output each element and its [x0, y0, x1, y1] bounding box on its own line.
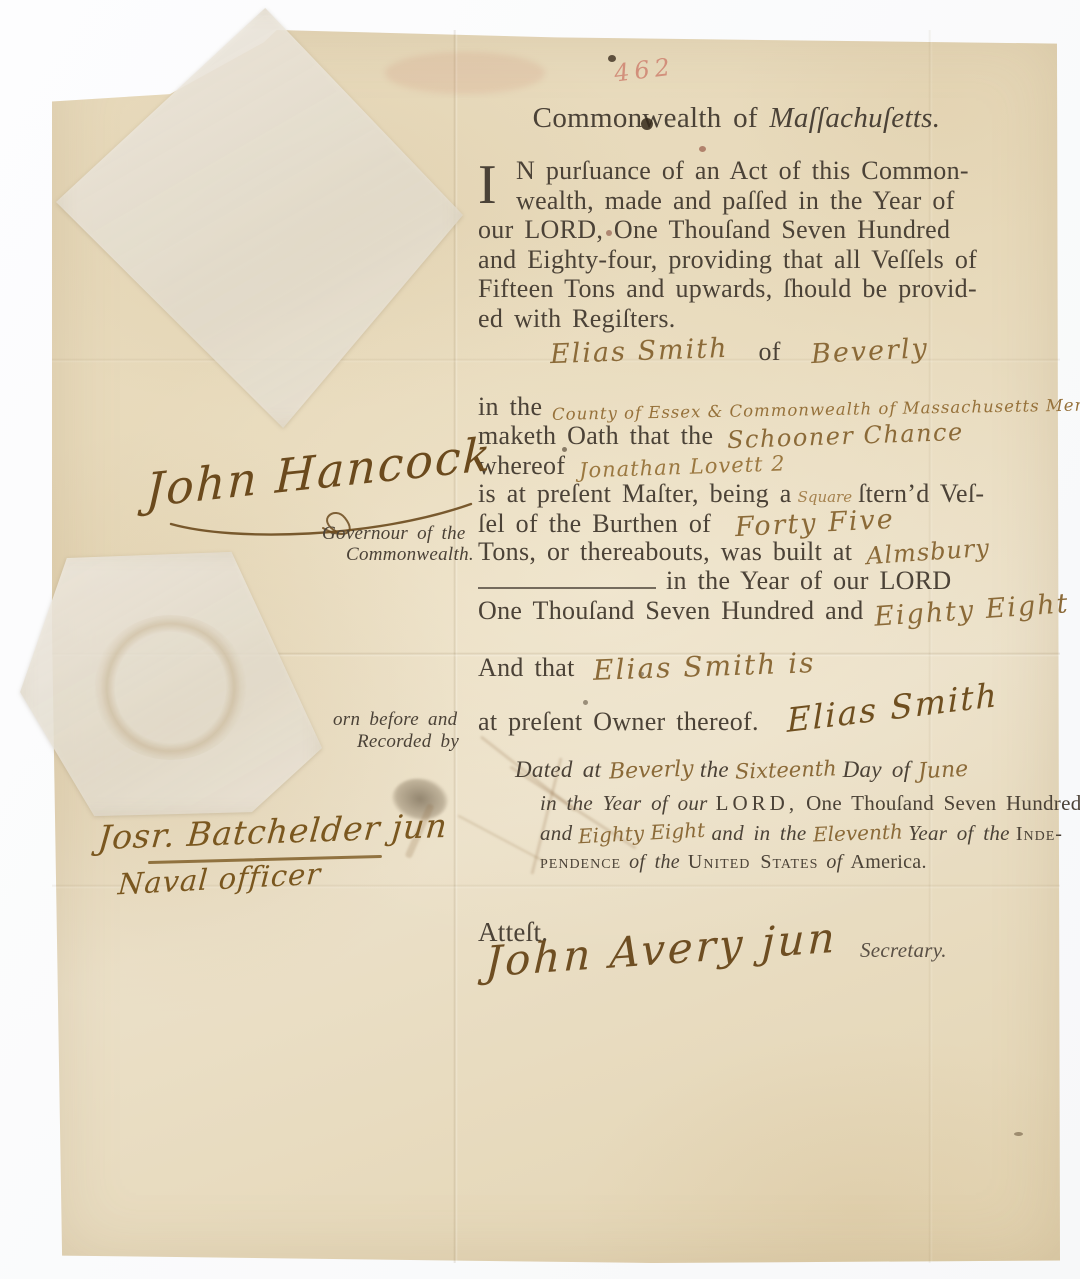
faint-red-bleed-stain — [385, 52, 545, 94]
preamble-paragraph: I N purſuance of an Act of this Common- … — [478, 156, 998, 333]
recorded-by-label: Recorded by — [357, 731, 459, 753]
of-label: of — [759, 337, 781, 367]
owner-name-handwritten: Elias Smith — [550, 333, 729, 370]
maketh-oath-label: maketh Oath that the — [478, 421, 713, 451]
owner-thereof-label: at preſent Owner thereof. — [478, 707, 759, 737]
year-of-the-label: Year of the — [908, 821, 1010, 846]
preamble-line-1: N purſuance of an Act of this Common- — [478, 156, 998, 186]
ink-speck-2 — [641, 118, 653, 130]
document-title: Commonwealth of Maſſachuſetts. — [478, 102, 995, 135]
dated-year-b: One Thouſand Seven Hundred — [806, 791, 1080, 816]
day-handwritten: Sixteenth — [734, 756, 837, 784]
master-text-a: is at preſent Maſter, being a — [478, 479, 792, 509]
lord-label: LORD, — [716, 791, 798, 816]
in-the-label: in the — [478, 392, 542, 422]
ink-speck-3 — [699, 146, 706, 152]
and-label: and — [540, 821, 572, 846]
the-label: the — [700, 757, 729, 783]
jurisdiction-handwritten: County of Essex & Commonwealth of Massac… — [552, 395, 1080, 424]
secretary-title: Secretary. — [860, 938, 947, 963]
month-handwritten: June — [918, 757, 969, 785]
built-label: Tons, or thereabouts, was built at — [478, 537, 852, 567]
america-label: America. — [851, 851, 927, 874]
and-in-the-label: and in the — [712, 821, 807, 846]
united-states-label: United States — [688, 851, 818, 874]
owner-restated-handwritten: Elias Smith is — [592, 646, 816, 687]
and-that-label: And that — [478, 653, 575, 683]
of-label-2: of — [826, 851, 842, 874]
dated-town-handwritten: Beverly — [609, 757, 694, 785]
governor-title-line-2: Commonwealth. — [346, 544, 474, 566]
day-of-label: Day of — [843, 757, 911, 783]
ink-speck-8 — [1014, 1132, 1023, 1136]
sworn-before-label: orn before and — [333, 709, 457, 731]
inde-label: Inde- — [1016, 823, 1063, 846]
year-words-label: One Thouſand Seven Hundred and — [478, 596, 864, 626]
preamble-line-2: wealth, made and paſſed in the Year of — [478, 186, 998, 216]
dated-year-a: in the Year of our — [540, 791, 708, 816]
blank-fill-rule — [478, 587, 656, 589]
governor-title-line-1: Governour of the — [322, 523, 466, 545]
preamble-line-5: Fifteen Tons and upwards, ſhould be prov… — [478, 274, 998, 304]
preamble-line-4: and Eighty-four, providing that all Veſſ… — [478, 245, 998, 275]
built-place-handwritten: Almsbury — [865, 534, 991, 571]
year-lead-label: in the Year of our LORD — [666, 566, 951, 596]
dated-year-handwritten: Eighty Eight — [578, 818, 706, 849]
stern-type-handwritten: Square — [798, 488, 853, 506]
of-the-label: of the — [629, 851, 680, 874]
preamble-line-3: our LORD, One Thouſand Seven Hundred — [478, 215, 998, 245]
ink-speck-6 — [583, 700, 588, 705]
pendence-label: pendence — [540, 851, 621, 874]
scanned-document-photo: 462 Commonwealth of Maſſachuſetts. I N p… — [0, 0, 1080, 1279]
vessel-name-handwritten: Schooner Chance — [727, 418, 965, 454]
burthen-label: ſel of the Burthen of — [478, 509, 711, 539]
title-prefix: Commonwealth of — [533, 102, 770, 134]
title-state: Maſſachuſetts. — [769, 102, 940, 134]
dated-at-label: Dated at — [515, 757, 601, 783]
preamble-line-6: ed with Regiſters. — [478, 304, 998, 334]
town-handwritten: Beverly — [810, 333, 929, 370]
preamble-dropcap: I — [478, 160, 497, 210]
independence-year-handwritten: Eleventh — [812, 819, 903, 846]
master-name-handwritten: Jonathan Lovett 2 — [579, 451, 786, 482]
